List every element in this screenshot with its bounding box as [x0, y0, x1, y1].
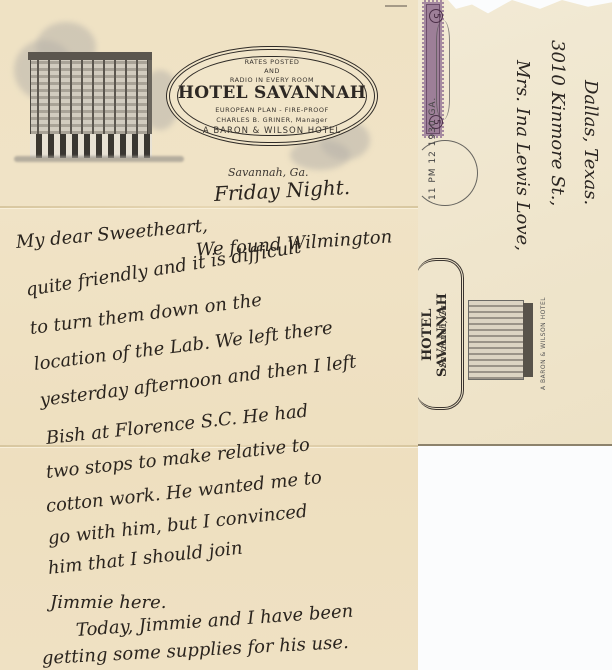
postmark-circle-icon: [412, 140, 478, 206]
address-city: Dallas, Texas.: [580, 80, 601, 370]
envelope-hotel-city: Savannah, Ga.: [439, 300, 449, 370]
postmark-text: 11 PM 12 1930 GA.: [428, 150, 438, 200]
envelope: 5 5 11 PM 12 1930 GA. Mrs. Ina Lewis Lov…: [412, 0, 612, 446]
cancellation-wave-icon: [436, 20, 450, 120]
letterhead-crest: RATES POSTED AND RADIO IN EVERY ROOM HOT…: [166, 46, 378, 146]
letter-line: My dear Sweetheart,: [15, 215, 208, 253]
crest-line: RATES POSTED: [170, 58, 374, 66]
envelope-hotel-tagline: A BARON & WILSON HOTEL: [540, 300, 547, 390]
printer-mark: [385, 5, 407, 7]
crest-manager: CHARLES B. GRINER, Manager: [170, 116, 374, 124]
fold-line: [0, 206, 418, 208]
crest-line: EUROPEAN PLAN - FIRE-PROOF: [170, 106, 374, 114]
dateline: Friday Night.: [213, 175, 350, 206]
letter-line: Jimmie here.: [50, 592, 166, 613]
address-street: 3010 Kinmore St.,: [547, 40, 568, 330]
crest-line: AND: [170, 67, 374, 75]
letter-sheet: RATES POSTED AND RADIO IN EVERY ROOM HOT…: [0, 0, 418, 670]
hotel-building-icon: [468, 300, 524, 380]
hotel-name: HOTEL SAVANNAH: [170, 83, 374, 103]
crest-tagline: A BARON & WILSON HOTEL: [170, 126, 374, 136]
